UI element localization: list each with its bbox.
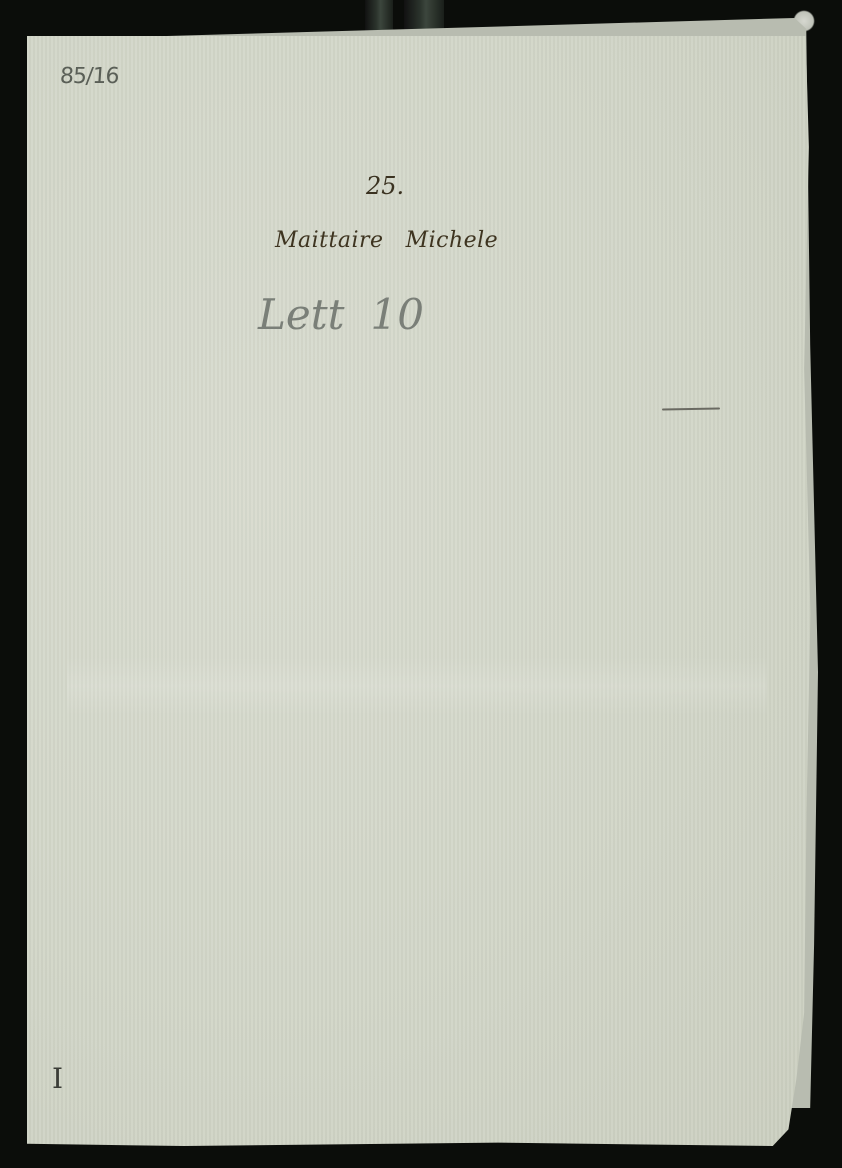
volume-mark: I [52, 1062, 63, 1095]
letter-number: 10 [371, 290, 424, 339]
paper-crease [67, 656, 767, 716]
folio-number: 25. [366, 172, 404, 200]
reference-number: 85/16 [59, 64, 119, 89]
correspondent-name: MaittaireMichele [275, 228, 498, 253]
paper-sheet [27, 36, 812, 1146]
letter-label: Lett [258, 290, 345, 339]
given-name: Michele [406, 228, 499, 253]
surname: Maittaire [275, 228, 384, 253]
letter-count: Lett10 [258, 290, 424, 339]
